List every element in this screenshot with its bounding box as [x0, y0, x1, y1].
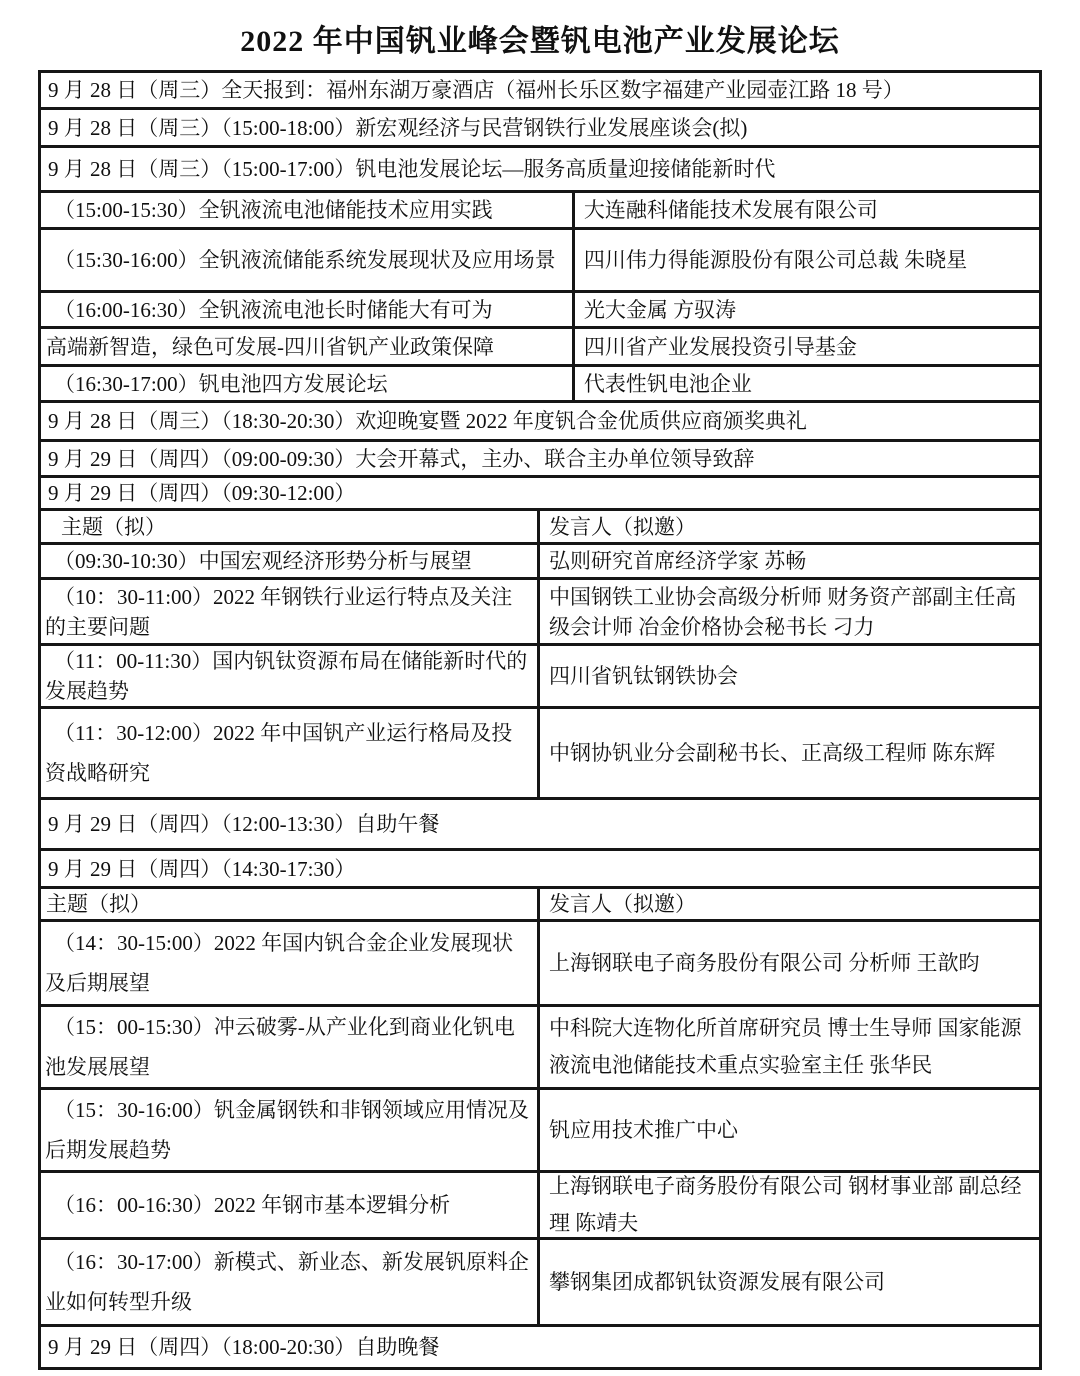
- topic-cell: （16:00-16:30）全钒液流电池长时储能大有可为: [41, 293, 575, 326]
- document-page: 2022 年中国钒业峰会暨钒电池产业发展论坛 9 月 28 日（周三）全天报到：…: [0, 0, 1080, 1370]
- column-header-speaker: 发言人（拟邀）: [540, 889, 1039, 919]
- table-row: （11：30-12:00）2022 年中国钒产业运行格局及投资战略研究 中钢协钒…: [41, 709, 1039, 800]
- topic-cell: （09:30-10:30）中国宏观经济形势分析与展望: [41, 545, 540, 577]
- table-row: （16:00-16:30）全钒液流电池长时储能大有可为 光大金属 方驭涛: [41, 293, 1039, 329]
- topic-cell: （11：30-12:00）2022 年中国钒产业运行格局及投资战略研究: [41, 709, 540, 797]
- speaker-cell: 大连融科储能技术发展有限公司: [575, 193, 1039, 227]
- table-row: 9 月 29 日（周四）（09:00-09:30）大会开幕式，主办、联合主办单位…: [41, 442, 1039, 478]
- speaker-cell: 中钢协钒业分会副秘书长、正高级工程师 陈东辉: [540, 709, 1039, 797]
- topic-cell: 高端新智造，绿色可发展-四川省钒产业政策保障: [41, 329, 575, 364]
- table-row: 9 月 29 日（周四）（14:30-17:30）: [41, 851, 1039, 889]
- column-header-topic: 主题（拟）: [41, 511, 540, 542]
- topic-cell: （15:30-16:00）全钒液流储能系统发展现状及应用场景: [41, 230, 575, 290]
- table-row: （09:30-10:30）中国宏观经济形势分析与展望 弘则研究首席经济学家 苏畅: [41, 545, 1039, 580]
- table-row: 9 月 28 日（周三）全天报到：福州东湖万豪酒店（福州长乐区数字福建产业园壶江…: [41, 73, 1039, 110]
- column-header-topic: 主题（拟）: [41, 889, 540, 919]
- topic-cell: （14：30-15:00）2022 年国内钒合金企业发展现状及后期展望: [41, 922, 540, 1004]
- agenda-text: 9 月 28 日（周三）（15:00-17:00）钒电池发展论坛—服务高质量迎接…: [41, 148, 1039, 190]
- speaker-cell: 弘则研究首席经济学家 苏畅: [540, 545, 1039, 577]
- speaker-cell: 钒应用技术推广中心: [540, 1090, 1039, 1170]
- table-row: 高端新智造，绿色可发展-四川省钒产业政策保障 四川省产业发展投资引导基金: [41, 329, 1039, 367]
- table-row: （16：00-16:30）2022 年钢市基本逻辑分析 上海钢联电子商务股份有限…: [41, 1173, 1039, 1240]
- agenda-text: 9 月 29 日（周四）（09:30-12:00）: [41, 478, 1039, 508]
- table-row: （14：30-15:00）2022 年国内钒合金企业发展现状及后期展望 上海钢联…: [41, 922, 1039, 1007]
- agenda-text: 9 月 28 日（周三）全天报到：福州东湖万豪酒店（福州长乐区数字福建产业园壶江…: [41, 73, 1039, 107]
- table-row: （16：30-17:00）新模式、新业态、新发展钒原料企业如何转型升级 攀钢集团…: [41, 1240, 1039, 1327]
- page-title: 2022 年中国钒业峰会暨钒电池产业发展论坛: [38, 16, 1042, 60]
- table-row: 9 月 29 日（周四）（18:00-20:30）自助晚餐: [41, 1327, 1039, 1367]
- table-row: （15:30-16:00）全钒液流储能系统发展现状及应用场景 四川伟力得能源股份…: [41, 230, 1039, 293]
- speaker-cell: 光大金属 方驭涛: [575, 293, 1039, 326]
- topic-cell: （16：00-16:30）2022 年钢市基本逻辑分析: [41, 1173, 540, 1237]
- table-row: 主题（拟） 发言人（拟邀）: [41, 511, 1039, 545]
- table-row: （15:00-15:30）全钒液流电池储能技术应用实践 大连融科储能技术发展有限…: [41, 193, 1039, 230]
- table-row: 9 月 29 日（周四）（09:30-12:00）: [41, 478, 1039, 511]
- speaker-cell: 上海钢联电子商务股份有限公司 分析师 王歆昀: [540, 922, 1039, 1004]
- speaker-cell: 四川伟力得能源股份有限公司总裁 朱晓星: [575, 230, 1039, 290]
- table-row: 9 月 28 日（周三）（18:30-20:30）欢迎晚宴暨 2022 年度钒合…: [41, 403, 1039, 442]
- topic-cell: （15:00-15:30）全钒液流电池储能技术应用实践: [41, 193, 575, 227]
- topic-cell: （16：30-17:00）新模式、新业态、新发展钒原料企业如何转型升级: [41, 1240, 540, 1324]
- table-row: （10：30-11:00）2022 年钢铁行业运行特点及关注的主要问题 中国钢铁…: [41, 580, 1039, 646]
- table-row: （15：30-16:00）钒金属钢铁和非钢领域应用情况及后期发展趋势 钒应用技术…: [41, 1090, 1039, 1173]
- agenda-text: 9 月 29 日（周四）（18:00-20:30）自助晚餐: [41, 1327, 1039, 1367]
- table-row: 9 月 29 日（周四）（12:00-13:30）自助午餐: [41, 800, 1039, 851]
- table-row: （16:30-17:00）钒电池四方发展论坛 代表性钒电池企业: [41, 367, 1039, 403]
- speaker-cell: 上海钢联电子商务股份有限公司 钢材事业部 副总经理 陈靖夫: [540, 1173, 1039, 1237]
- speaker-cell: 四川省产业发展投资引导基金: [575, 329, 1039, 364]
- agenda-text: 9 月 28 日（周三）（15:00-18:00）新宏观经济与民营钢铁行业发展座…: [41, 110, 1039, 145]
- agenda-text: 9 月 29 日（周四）（09:00-09:30）大会开幕式，主办、联合主办单位…: [41, 442, 1039, 475]
- table-row: （15：00-15:30）冲云破雾-从产业化到商业化钒电池发展展望 中科院大连物…: [41, 1007, 1039, 1090]
- table-row: 9 月 28 日（周三）（15:00-17:00）钒电池发展论坛—服务高质量迎接…: [41, 148, 1039, 193]
- topic-cell: （10：30-11:00）2022 年钢铁行业运行特点及关注的主要问题: [41, 580, 540, 643]
- speaker-cell: 中国钢铁工业协会高级分析师 财务资产部副主任高级会计师 冶金价格协会秘书长 刁力: [540, 580, 1039, 643]
- speaker-cell: 四川省钒钛钢铁协会: [540, 646, 1039, 706]
- agenda-text: 9 月 28 日（周三）（18:30-20:30）欢迎晚宴暨 2022 年度钒合…: [41, 403, 1039, 439]
- column-header-speaker: 发言人（拟邀）: [540, 511, 1039, 542]
- agenda-text: 9 月 29 日（周四）（12:00-13:30）自助午餐: [41, 800, 1039, 848]
- topic-cell: （15：30-16:00）钒金属钢铁和非钢领域应用情况及后期发展趋势: [41, 1090, 540, 1170]
- topic-cell: （16:30-17:00）钒电池四方发展论坛: [41, 367, 575, 400]
- topic-cell: （11：00-11:30）国内钒钛资源布局在储能新时代的发展趋势: [41, 646, 540, 706]
- table-row: 9 月 28 日（周三）（15:00-18:00）新宏观经济与民营钢铁行业发展座…: [41, 110, 1039, 148]
- agenda-text: 9 月 29 日（周四）（14:30-17:30）: [41, 851, 1039, 886]
- table-row: （11：00-11:30）国内钒钛资源布局在储能新时代的发展趋势 四川省钒钛钢铁…: [41, 646, 1039, 709]
- agenda-table: 9 月 28 日（周三）全天报到：福州东湖万豪酒店（福州长乐区数字福建产业园壶江…: [38, 70, 1042, 1370]
- speaker-cell: 攀钢集团成都钒钛资源发展有限公司: [540, 1240, 1039, 1324]
- speaker-cell: 代表性钒电池企业: [575, 367, 1039, 400]
- topic-cell: （15：00-15:30）冲云破雾-从产业化到商业化钒电池发展展望: [41, 1007, 540, 1087]
- table-row: 主题（拟） 发言人（拟邀）: [41, 889, 1039, 922]
- speaker-cell: 中科院大连物化所首席研究员 博士生导师 国家能源液流电池储能技术重点实验室主任 …: [540, 1007, 1039, 1087]
